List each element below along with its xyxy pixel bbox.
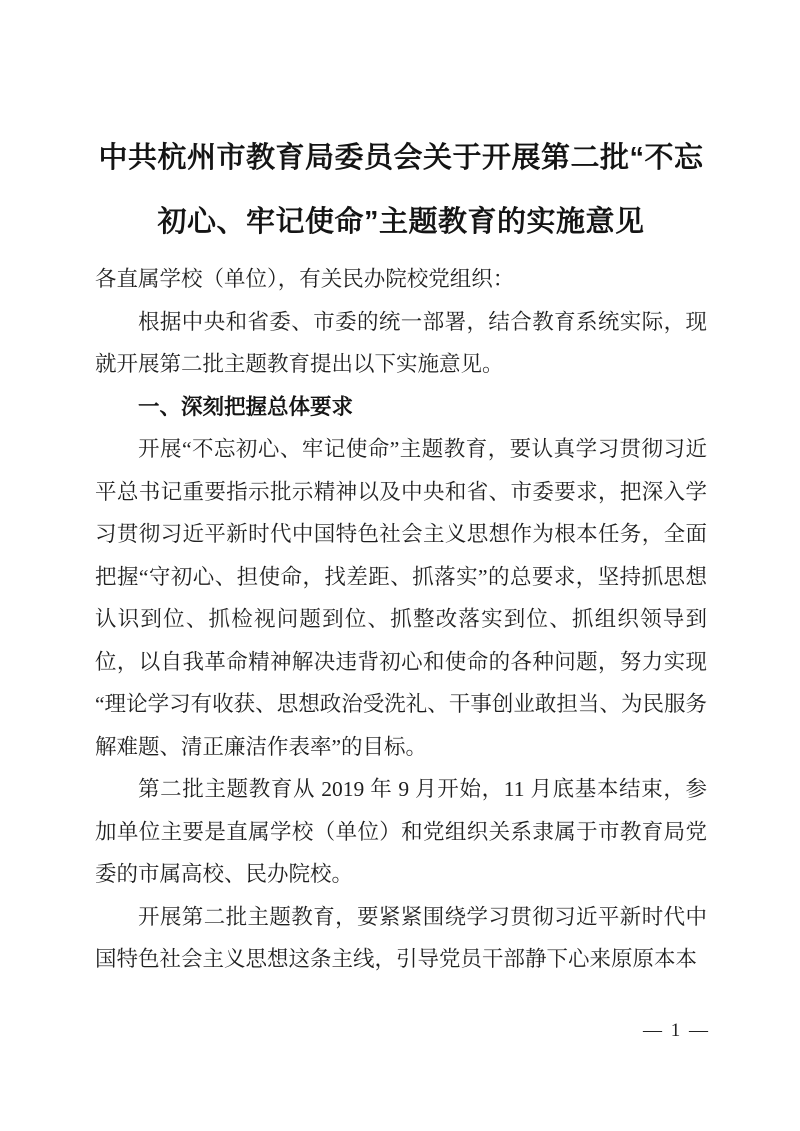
document-content: 中共杭州市教育局委员会关于开展第二批“不忘 初心、牢记使命”主题教育的实施意见 … bbox=[95, 0, 707, 981]
intro-paragraph: 根据中央和省委、市委的统一部署，结合教育系统实际，现就开展第二批主题教育提出以下… bbox=[95, 301, 707, 386]
document-page: 中共杭州市教育局委员会关于开展第二批“不忘 初心、牢记使命”主题教育的实施意见 … bbox=[0, 0, 800, 1131]
document-title: 中共杭州市教育局委员会关于开展第二批“不忘 初心、牢记使命”主题教育的实施意见 bbox=[95, 126, 707, 254]
document-title-line1: 中共杭州市教育局委员会关于开展第二批“不忘 bbox=[95, 126, 707, 190]
salutation-line: 各直属学校（单位），有关民办院校党组织： bbox=[95, 258, 707, 301]
document-title-line2: 初心、牢记使命”主题教育的实施意见 bbox=[95, 190, 707, 254]
section-1-paragraph-3: 开展第二批主题教育，要紧紧围绕学习贯彻习近平新时代中国特色社会主义思想这条主线，… bbox=[95, 896, 707, 981]
page-number: — 1 — bbox=[643, 1020, 710, 1042]
document-body: 各直属学校（单位），有关民办院校党组织： 根据中央和省委、市委的统一部署，结合教… bbox=[95, 258, 707, 981]
section-1-heading: 一、深刻把握总体要求 bbox=[95, 386, 707, 429]
section-1-paragraph-2: 第二批主题教育从 2019 年 9 月开始，11 月底基本结束，参加单位主要是直… bbox=[95, 768, 707, 896]
section-1-paragraph-1: 开展“不忘初心、牢记使命”主题教育，要认真学习贯彻习近平总书记重要指示批示精神以… bbox=[95, 428, 707, 768]
